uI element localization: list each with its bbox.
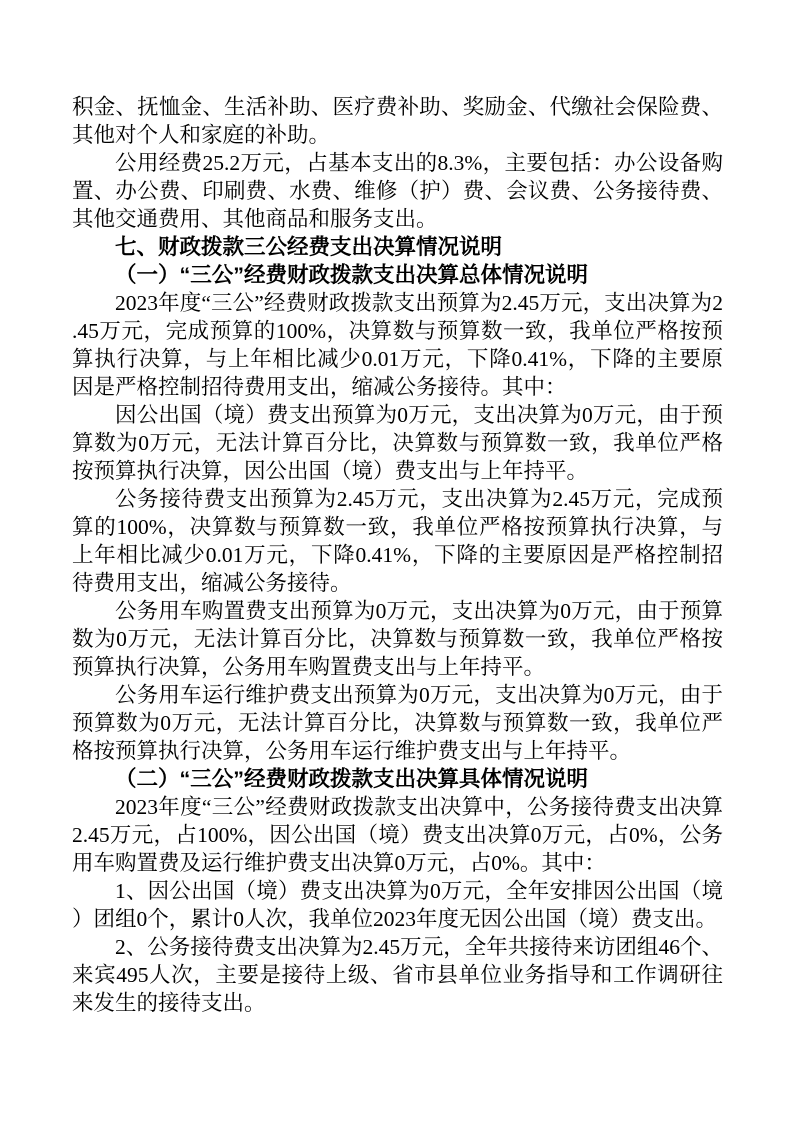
body-paragraph: 公务用车购置费支出预算为0万元，支出决算为0万元，由于预算数为0万元，无法计算百… [72,597,723,681]
body-paragraph: 公务接待费支出预算为2.45万元，支出决算为2.45万元，完成预算的100%，决… [72,485,723,597]
section-heading: （二）“三公”经费财政拨款支出决算具体情况说明 [72,765,723,793]
body-paragraph: 1、因公出国（境）费支出决算为0万元，全年安排因公出国（境）团组0个，累计0人次… [72,877,723,933]
section-heading: （一）“三公”经费财政拨款支出决算总体情况说明 [72,261,723,289]
body-paragraph: 2、公务接待费支出决算为2.45万元，全年共接待来访团组46个、来宾495人次，… [72,933,723,1017]
body-paragraph: 公务用车运行维护费支出预算为0万元，支出决算为0万元，由于预算数为0万元，无法计… [72,681,723,765]
section-heading: 七、财政拨款三公经费支出决算情况说明 [72,233,723,261]
body-paragraph: 积金、抚恤金、生活补助、医疗费补助、奖励金、代缴社会保险费、其他对个人和家庭的补… [72,93,723,149]
body-paragraph: 2023年度“三公”经费财政拨款支出预算为2.45万元，支出决算为2.45万元，… [72,289,723,401]
body-paragraph: 因公出国（境）费支出预算为0万元，支出决算为0万元，由于预算数为0万元，无法计算… [72,401,723,485]
document-content: 积金、抚恤金、生活补助、医疗费补助、奖励金、代缴社会保险费、其他对个人和家庭的补… [72,93,723,1017]
body-paragraph: 公用经费25.2万元，占基本支出的8.3%，主要包括：办公设备购置、办公费、印刷… [72,149,723,233]
body-paragraph: 2023年度“三公”经费财政拨款支出决算中，公务接待费支出决算2.45万元，占1… [72,793,723,877]
document-page: 积金、抚恤金、生活补助、医疗费补助、奖励金、代缴社会保险费、其他对个人和家庭的补… [0,0,793,1122]
